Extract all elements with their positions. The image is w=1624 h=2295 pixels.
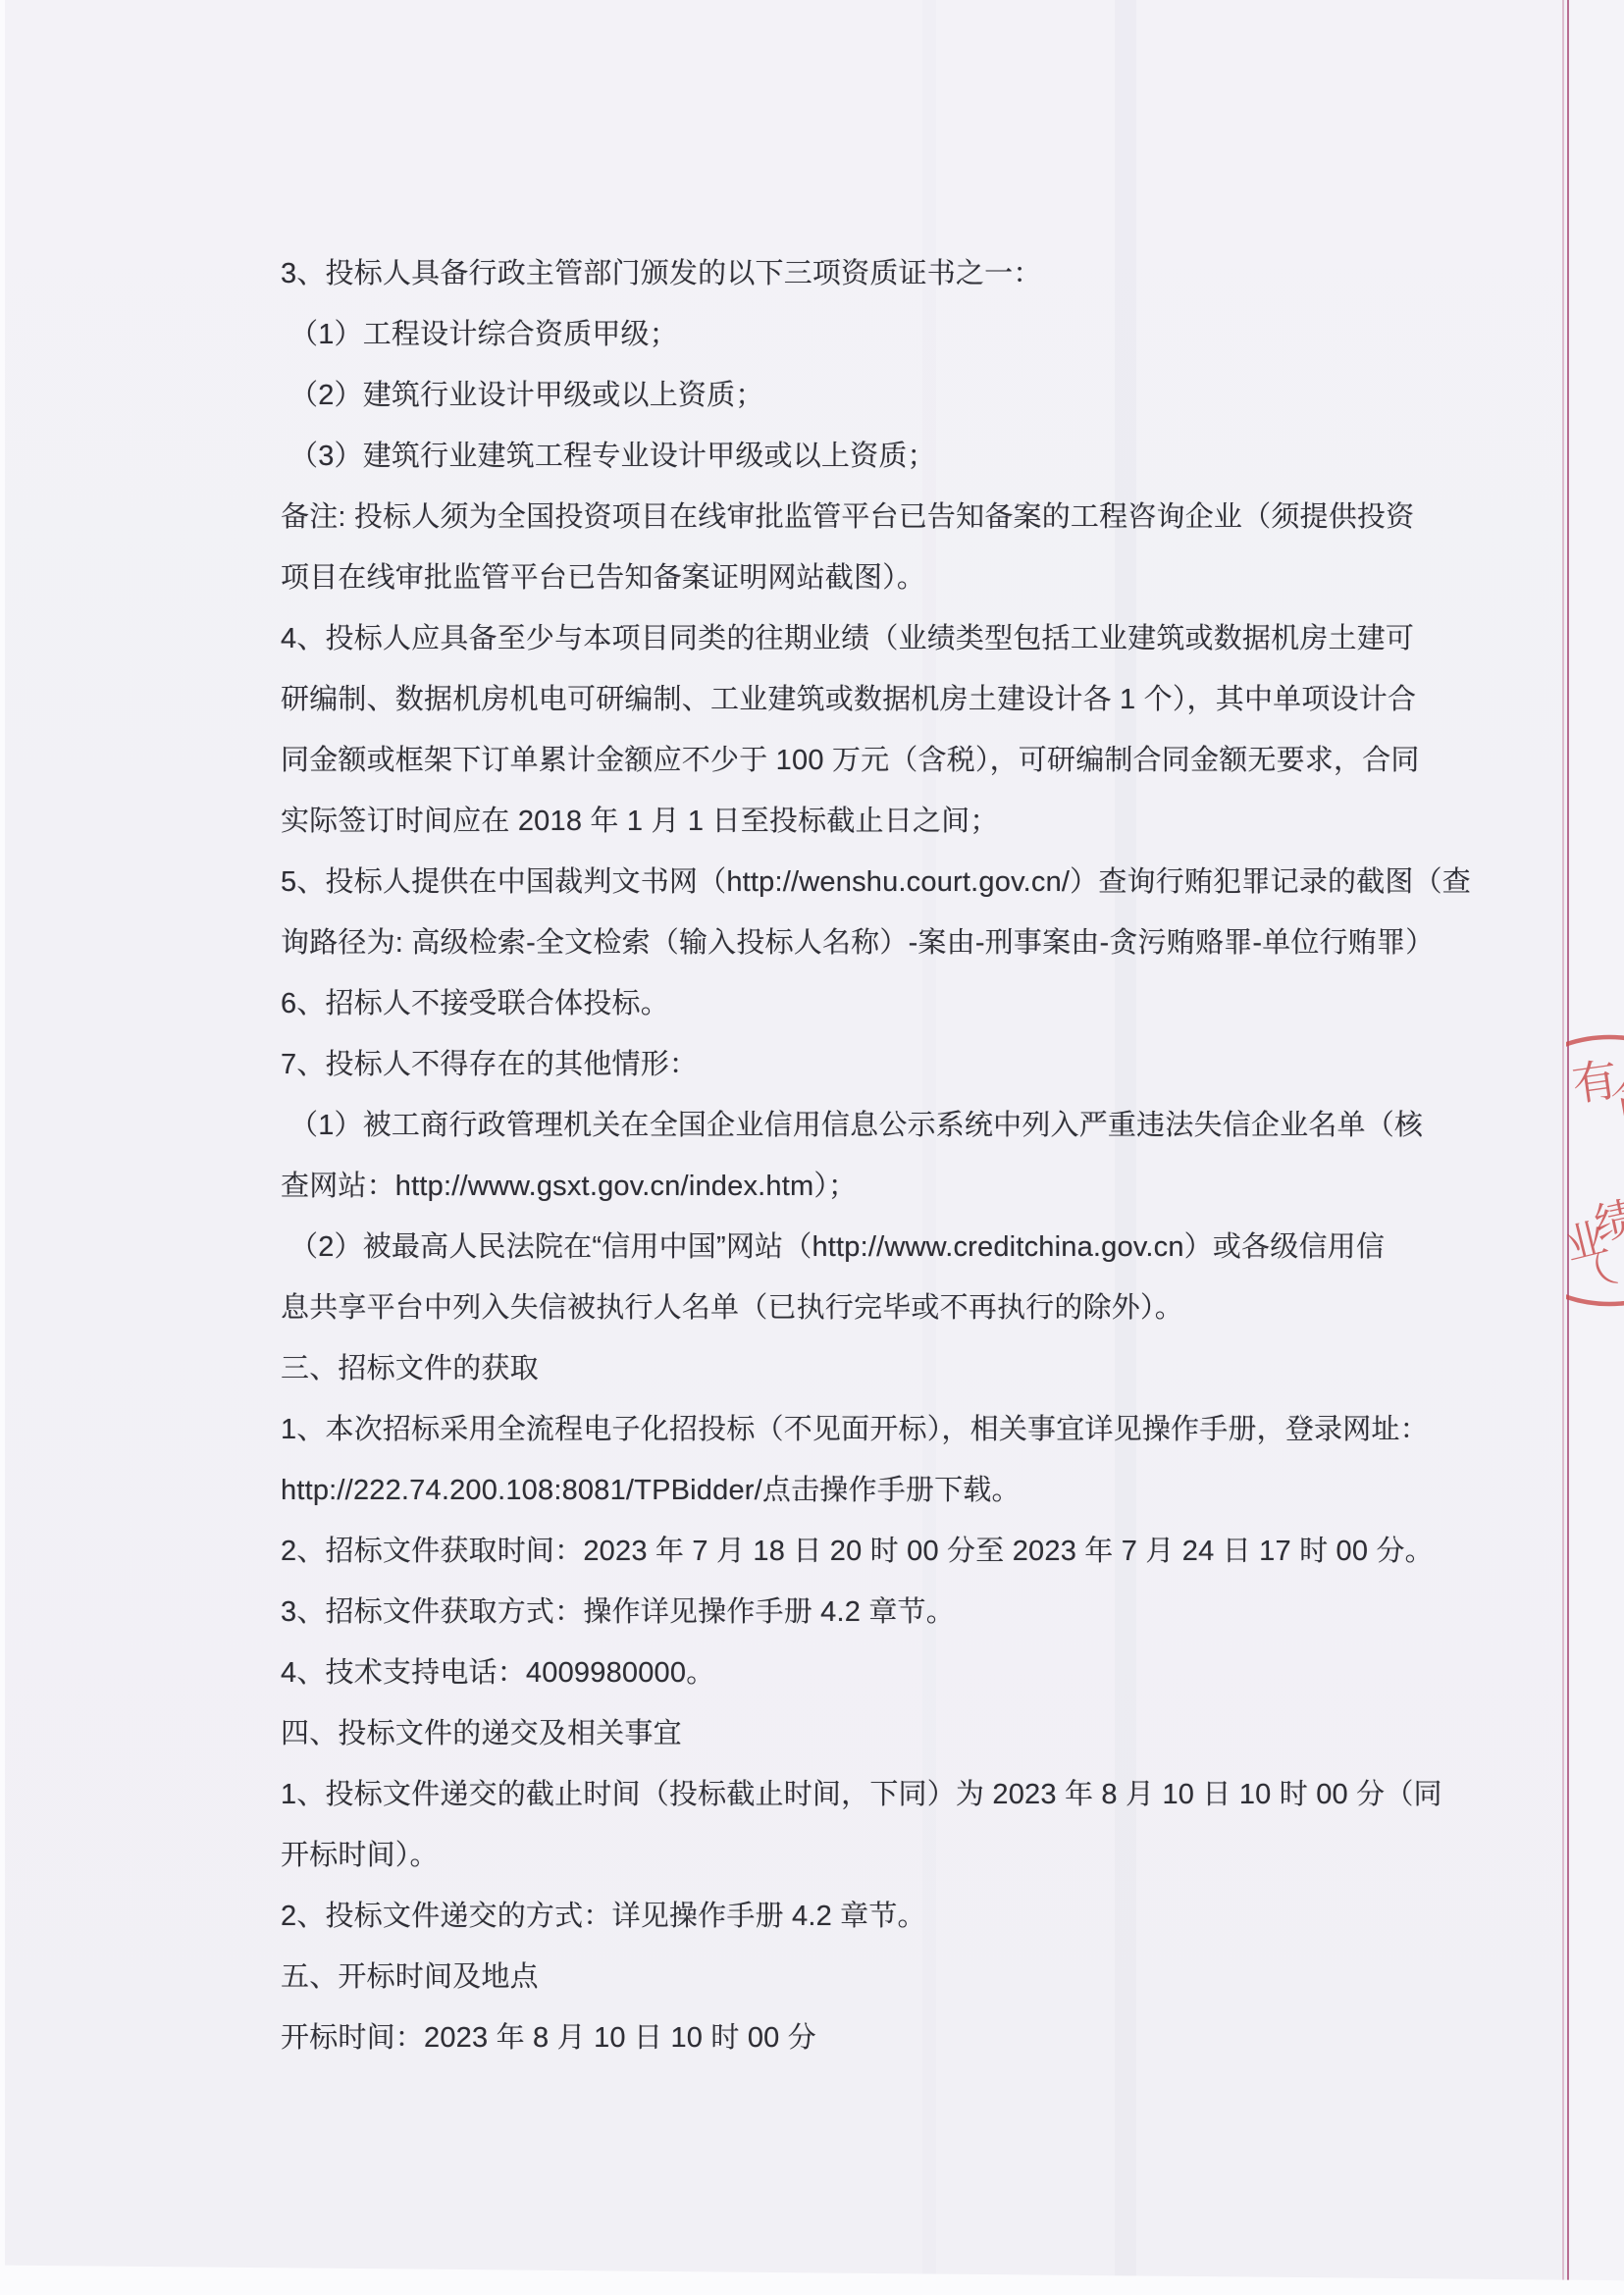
doc-line: （1）被工商行政管理机关在全国企业信用信息公示系统中列入严重违法失信企业名单（核 (281, 1095, 1439, 1156)
doc-line: 项目在线审批监管平台已告知备案证明网站截图）。 (281, 548, 1439, 608)
doc-line: 7、投标人不得存在的其他情形： (281, 1034, 1439, 1095)
doc-line: 开标时间：2023 年 8 月 10 日 10 时 00 分 (281, 2008, 1439, 2068)
doc-line: 实际签订时间应在 2018 年 1 月 1 日至投标截止日之间； (281, 791, 1439, 852)
doc-line: 2、招标文件获取时间：2023 年 7 月 18 日 20 时 00 分至 20… (281, 1521, 1439, 1582)
doc-line: 息共享平台中列入失信被执行人名单（已执行完毕或不再执行的除外）。 (281, 1278, 1439, 1338)
doc-line: 开标时间）。 (281, 1825, 1439, 1886)
doc-line: 3、投标人具备行政主管部门颁发的以下三项资质证书之一： (281, 243, 1439, 304)
doc-line: http://222.74.200.108:8081/TPBidder/点击操作… (281, 1460, 1439, 1521)
doc-line: （1）工程设计综合资质甲级； (281, 304, 1439, 365)
scanned-document-page: 3、投标人具备行政主管部门颁发的以下三项资质证书之一： （1）工程设计综合资质甲… (0, 0, 1624, 2295)
doc-line: 四、投标文件的递交及相关事宜 (281, 1703, 1439, 1764)
doc-line: （2）建筑行业设计甲级或以上资质； (281, 365, 1439, 426)
doc-line: 五、开标时间及地点 (281, 1947, 1439, 2008)
doc-line: 4、投标人应具备至少与本项目同类的往期业绩（业绩类型包括工业建筑或数据机房土建可 (281, 608, 1439, 669)
doc-line: 2、投标文件递交的方式：详见操作手册 4.2 章节。 (281, 1886, 1439, 1947)
doc-line: 4、技术支持电话：4009980000。 (281, 1643, 1439, 1703)
doc-line: 1、投标文件递交的截止时间（投标截止时间，下同）为 2023 年 8 月 10 … (281, 1764, 1439, 1825)
doc-line: 备注: 投标人须为全国投资项目在线审批监管平台已告知备案的工程咨询企业（须提供投… (281, 487, 1439, 548)
doc-line: （3）建筑行业建筑工程专业设计甲级或以上资质； (281, 426, 1439, 487)
doc-line: 查网站：http://www.gsxt.gov.cn/index.htm）； (281, 1156, 1439, 1217)
doc-line: 5、投标人提供在中国裁判文书网（http://wenshu.court.gov.… (281, 852, 1439, 913)
doc-line: 三、招标文件的获取 (281, 1338, 1439, 1399)
page-edge-line-light (1562, 0, 1564, 2295)
scan-left-edge (0, 0, 5, 2295)
doc-line: 研编制、数据机房机电可研编制、工业建筑或数据机房土建设计各 1 个），其中单项设… (281, 669, 1439, 730)
doc-line: 同金额或框架下订单累计金额应不少于 100 万元（含税），可研编制合同金额无要求… (281, 730, 1439, 791)
doc-line: 3、招标文件获取方式：操作详见操作手册 4.2 章节。 (281, 1582, 1439, 1643)
scan-bottom-edge (0, 2257, 1624, 2295)
doc-line: （2）被最高人民法院在“信用中国”网站（http://www.creditchi… (281, 1217, 1439, 1278)
doc-line: 6、招标人不接受联合体投标。 (281, 973, 1439, 1034)
doc-line: 1、本次招标采用全流程电子化招投标（不见面开标），相关事宜详见操作手册，登录网址… (281, 1399, 1439, 1460)
doc-line: 询路径为: 高级检索-全文检索（输入投标人名称）-案由-刑事案由-贪污贿赂罪-单… (281, 913, 1439, 973)
red-seal-stamp: 有 合 业 绩 （ (1566, 1020, 1624, 1320)
document-text-block: 3、投标人具备行政主管部门颁发的以下三项资质证书之一： （1）工程设计综合资质甲… (281, 243, 1439, 2068)
